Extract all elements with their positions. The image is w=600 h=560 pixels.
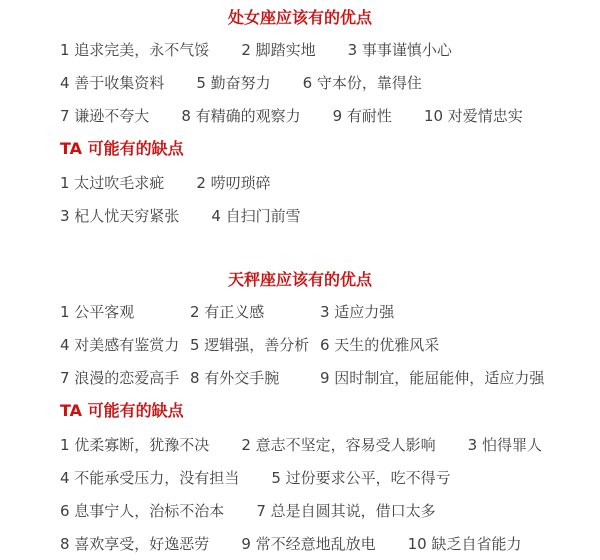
list-item: 3 杞人忧天穷紧张 <box>60 206 179 226</box>
list-item: 6 天生的优雅风采 <box>320 335 446 355</box>
list-item: 10 缺乏自省能力 <box>408 534 522 554</box>
list-item: 9 常不经意地乱放电 <box>241 534 375 554</box>
list-item: 9 因时制宜，能屈能伸，适应力强 <box>320 368 544 388</box>
section-virgo: 处女座应该有的优点 1 追求完美，永不气馁2 脚踏实地3 事事谨慎小心 4 善于… <box>60 8 582 226</box>
virgo-flaw-row-1: 1 太过吹毛求疵2 唠叨琐碎 <box>60 173 582 193</box>
section-libra: 天秤座应该有的优点 1 公平客观2 有正义感3 适应力强 4 对美感有鉴赏力5 … <box>60 270 582 554</box>
list-item: 6 守本份，靠得住 <box>303 73 422 93</box>
list-item: 5 逻辑强，善分析 <box>190 335 316 355</box>
list-item: 3 适应力强 <box>320 302 446 322</box>
list-item: 4 对美感有鉴赏力 <box>60 335 186 355</box>
list-item: 2 脚踏实地 <box>241 40 315 60</box>
libra-virtue-row-3: 7 浪漫的恋爱高手8 有外交手腕9 因时制宜，能屈能伸，适应力强 <box>60 368 582 388</box>
list-item: 3 事事谨慎小心 <box>348 40 452 60</box>
list-item: 5 勤奋努力 <box>196 73 270 93</box>
list-item: 8 有外交手腕 <box>190 368 316 388</box>
virgo-flaw-row-2: 3 杞人忧天穷紧张4 自扫门前雪 <box>60 206 582 226</box>
list-item: 2 有正义感 <box>190 302 316 322</box>
list-item: 10 对爱情忠实 <box>424 106 523 126</box>
list-item: 9 有耐性 <box>333 106 392 126</box>
list-item: 1 公平客观 <box>60 302 186 322</box>
libra-flaw-row-2: 4 不能承受压力，没有担当5 过份要求公平，吃不得亏 <box>60 468 582 488</box>
list-item: 7 总是自圆其说，借口太多 <box>256 501 435 521</box>
virgo-virtues-title: 处女座应该有的优点 <box>18 8 582 28</box>
list-item: 5 过份要求公平，吃不得亏 <box>271 468 450 488</box>
libra-flaw-row-4: 8 喜欢享受，好逸恶劳9 常不经意地乱放电10 缺乏自省能力 <box>60 534 582 554</box>
libra-flaws-heading: TA 可能有的缺点 <box>60 401 582 421</box>
list-item: 4 不能承受压力，没有担当 <box>60 468 239 488</box>
list-item: 4 自扫门前雪 <box>211 206 300 226</box>
list-item: 1 优柔寡断，犹豫不决 <box>60 435 209 455</box>
list-item: 8 喜欢享受，好逸恶劳 <box>60 534 209 554</box>
list-item: 7 浪漫的恋爱高手 <box>60 368 186 388</box>
document-page: 处女座应该有的优点 1 追求完美，永不气馁2 脚踏实地3 事事谨慎小心 4 善于… <box>0 0 600 560</box>
libra-virtue-row-2: 4 对美感有鉴赏力5 逻辑强，善分析6 天生的优雅风采 <box>60 335 582 355</box>
list-item: 4 善于收集资料 <box>60 73 164 93</box>
virgo-virtue-row-1: 1 追求完美，永不气馁2 脚踏实地3 事事谨慎小心 <box>60 40 582 60</box>
list-item: 7 谦逊不夸大 <box>60 106 149 126</box>
list-item: 1 太过吹毛求疵 <box>60 173 164 193</box>
list-item: 3 怕得罪人 <box>468 435 542 455</box>
list-item: 2 意志不坚定，容易受人影响 <box>241 435 435 455</box>
libra-flaw-row-3: 6 息事宁人，治标不治本7 总是自圆其说，借口太多 <box>60 501 582 521</box>
libra-flaw-row-1: 1 优柔寡断，犹豫不决2 意志不坚定，容易受人影响3 怕得罪人 <box>60 435 582 455</box>
list-item: 2 唠叨琐碎 <box>196 173 270 193</box>
list-item: 1 追求完美，永不气馁 <box>60 40 209 60</box>
list-item: 6 息事宁人，治标不治本 <box>60 501 224 521</box>
virgo-virtue-row-2: 4 善于收集资料5 勤奋努力6 守本份，靠得住 <box>60 73 582 93</box>
virgo-virtue-row-3: 7 谦逊不夸大8 有精确的观察力9 有耐性10 对爱情忠实 <box>60 106 582 126</box>
libra-virtues-title: 天秤座应该有的优点 <box>18 270 582 290</box>
virgo-flaws-heading: TA 可能有的缺点 <box>60 139 582 159</box>
libra-virtue-row-1: 1 公平客观2 有正义感3 适应力强 <box>60 302 582 322</box>
list-item: 8 有精确的观察力 <box>181 106 300 126</box>
